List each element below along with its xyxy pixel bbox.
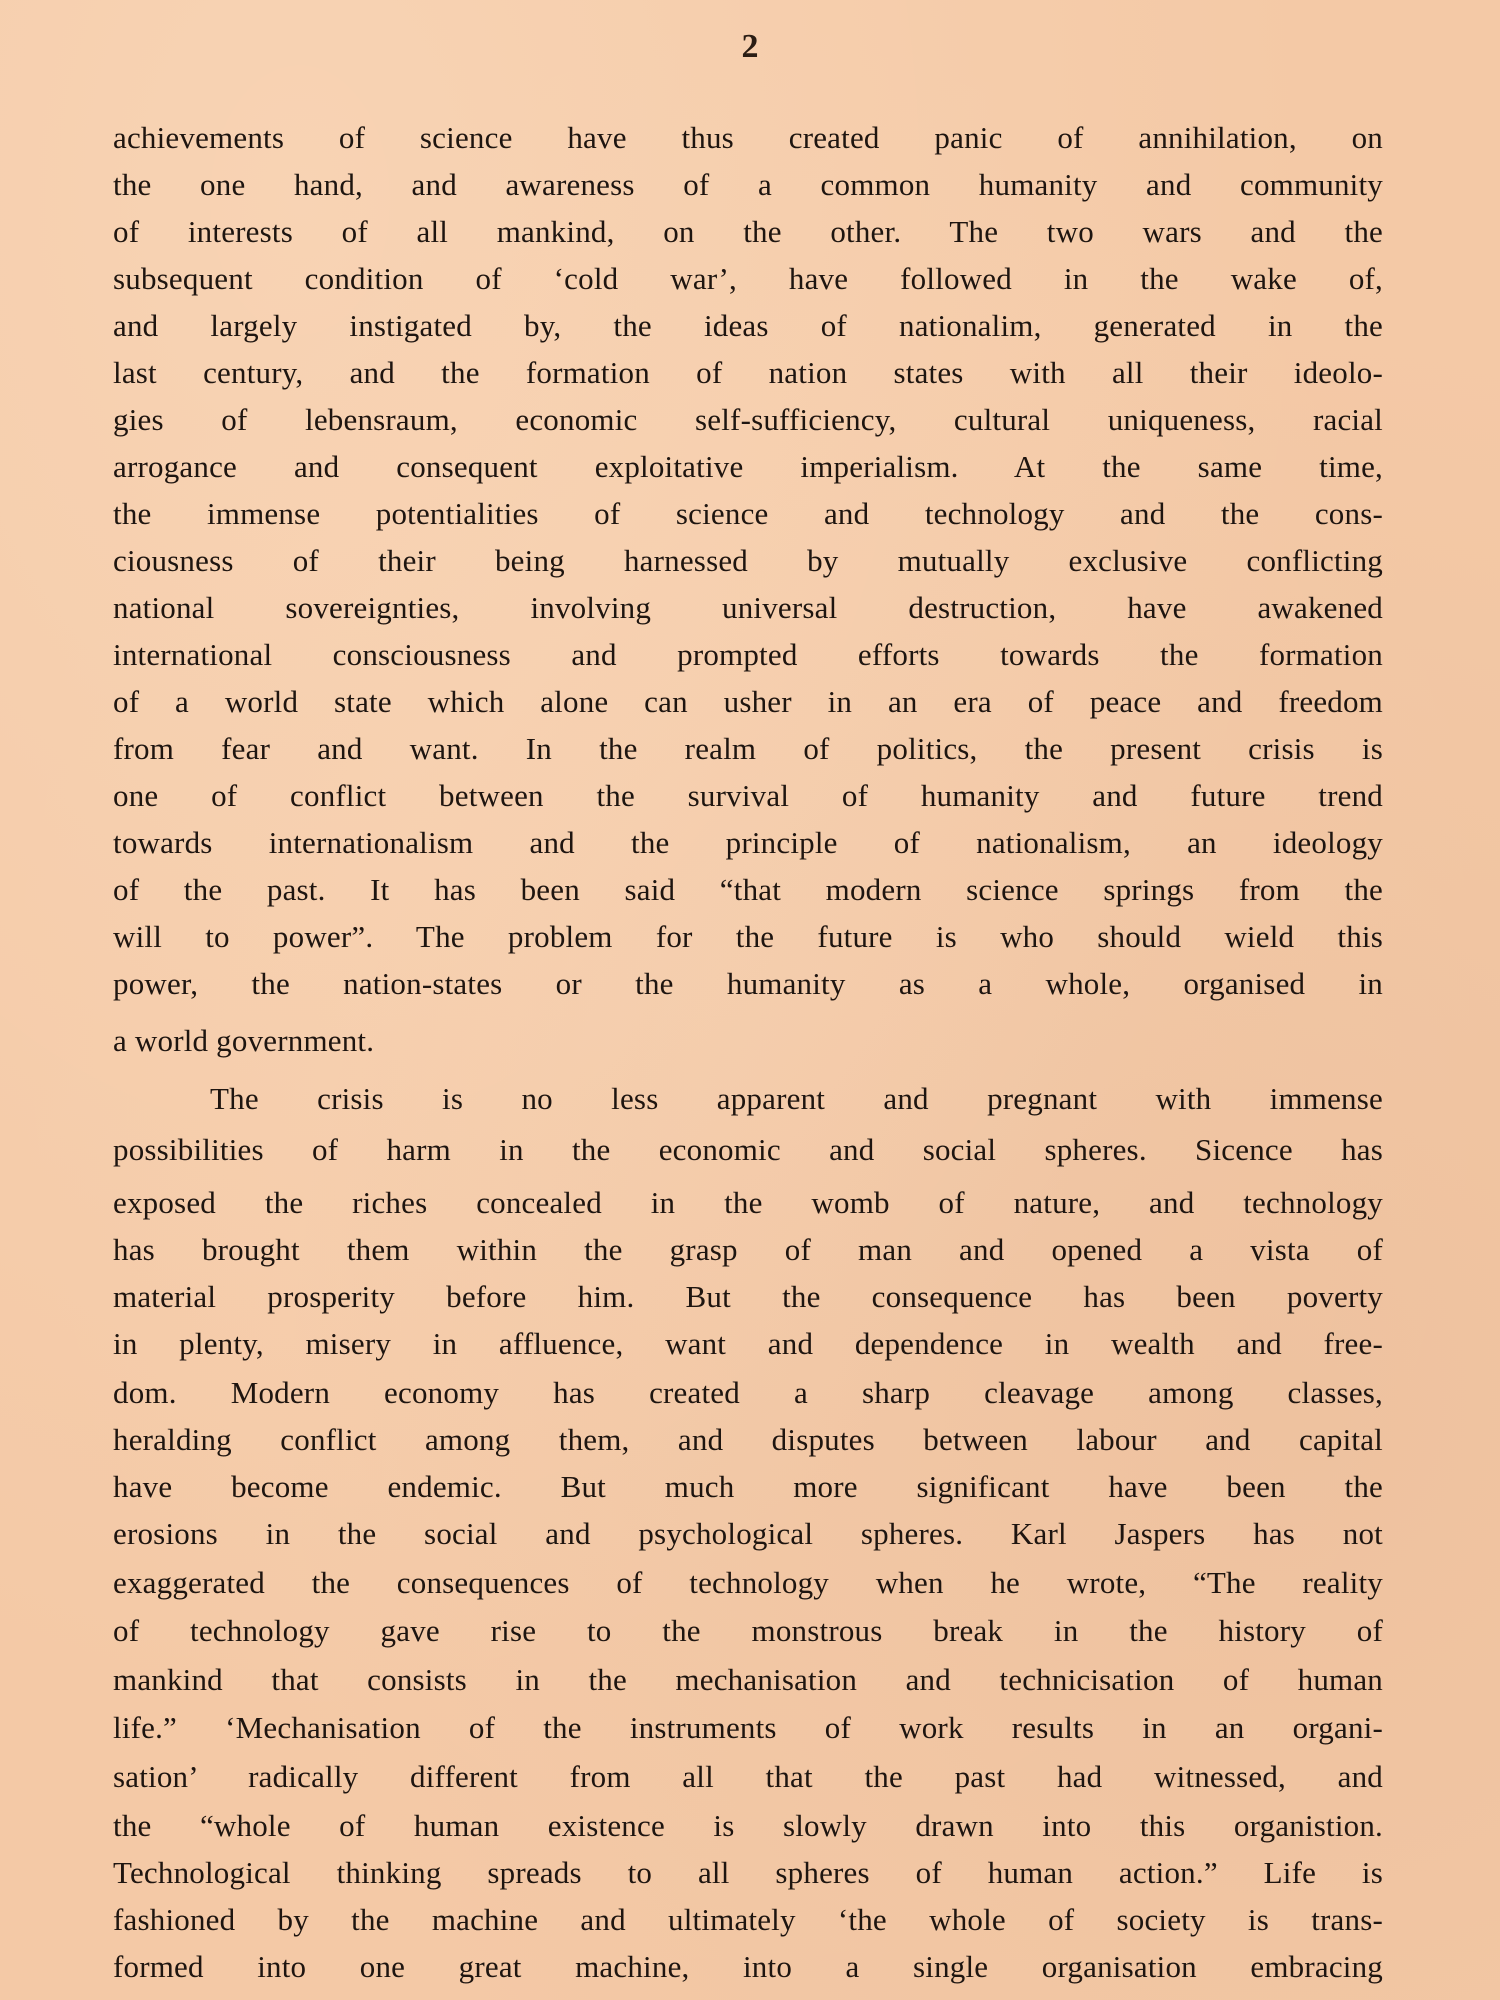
page-number: 2: [0, 28, 1500, 66]
text-line: of the past. It has been said “that mode…: [113, 870, 1383, 910]
text-line: fashioned by the machine and ultimately …: [113, 1900, 1383, 1940]
text-line: The crisis is no less apparent and pregn…: [210, 1079, 1383, 1119]
text-line: of a world state which alone can usher i…: [113, 682, 1383, 722]
text-line: towards internationalism and the princip…: [113, 823, 1383, 863]
scanned-book-page: 2 achievements of science have thus crea…: [0, 0, 1500, 2000]
text-line: a world government.: [113, 1021, 1383, 1061]
text-line: dom. Modern economy has created a sharp …: [113, 1373, 1383, 1413]
text-line: exaggerated the consequences of technolo…: [113, 1563, 1383, 1603]
text-line: possibilities of harm in the economic an…: [113, 1130, 1383, 1170]
text-line: and largely instigated by, the ideas of …: [113, 306, 1383, 346]
text-line: exposed the riches concealed in the womb…: [113, 1183, 1383, 1223]
text-line: life.” ‘Mechanisation of the instruments…: [113, 1708, 1383, 1748]
text-line: sation’ radically different from all tha…: [113, 1757, 1383, 1797]
text-line: will to power”. The problem for the futu…: [113, 917, 1383, 957]
text-line: material prosperity before him. But the …: [113, 1277, 1383, 1317]
text-line: ciousness of their being harnessed by mu…: [113, 541, 1383, 581]
text-line: the “whole of human existence is slowly …: [113, 1806, 1383, 1846]
text-line: national sovereignties, involving univer…: [113, 588, 1383, 628]
text-line: have become endemic. But much more signi…: [113, 1467, 1383, 1507]
text-line: subsequent condition of ‘cold war’, have…: [113, 259, 1383, 299]
text-line: of interests of all mankind, on the othe…: [113, 212, 1383, 252]
text-line: achievements of science have thus create…: [113, 118, 1383, 158]
text-line: in plenty, misery in affluence, want and…: [113, 1324, 1383, 1364]
text-line: from fear and want. In the realm of poli…: [113, 729, 1383, 769]
text-line: international consciousness and prompted…: [113, 635, 1383, 675]
text-line: heralding conflict among them, and dispu…: [113, 1420, 1383, 1460]
text-line: power, the nation-states or the humanity…: [113, 964, 1383, 1004]
text-line: erosions in the social and psychological…: [113, 1514, 1383, 1554]
text-line: gies of lebensraum, economic self-suffic…: [113, 400, 1383, 440]
text-line: formed into one great machine, into a si…: [113, 1947, 1383, 1987]
text-line: Technological thinking spreads to all sp…: [113, 1853, 1383, 1893]
text-line: arrogance and consequent exploitative im…: [113, 447, 1383, 487]
text-line: one of conflict between the survival of …: [113, 776, 1383, 816]
text-line: of technology gave rise to the monstrous…: [113, 1611, 1383, 1651]
text-line: the one hand, and awareness of a common …: [113, 165, 1383, 205]
text-line: has brought them within the grasp of man…: [113, 1230, 1383, 1270]
text-line: the immense potentialities of science an…: [113, 494, 1383, 534]
text-line: mankind that consists in the mechanisati…: [113, 1660, 1383, 1700]
text-line: last century, and the formation of natio…: [113, 353, 1383, 393]
